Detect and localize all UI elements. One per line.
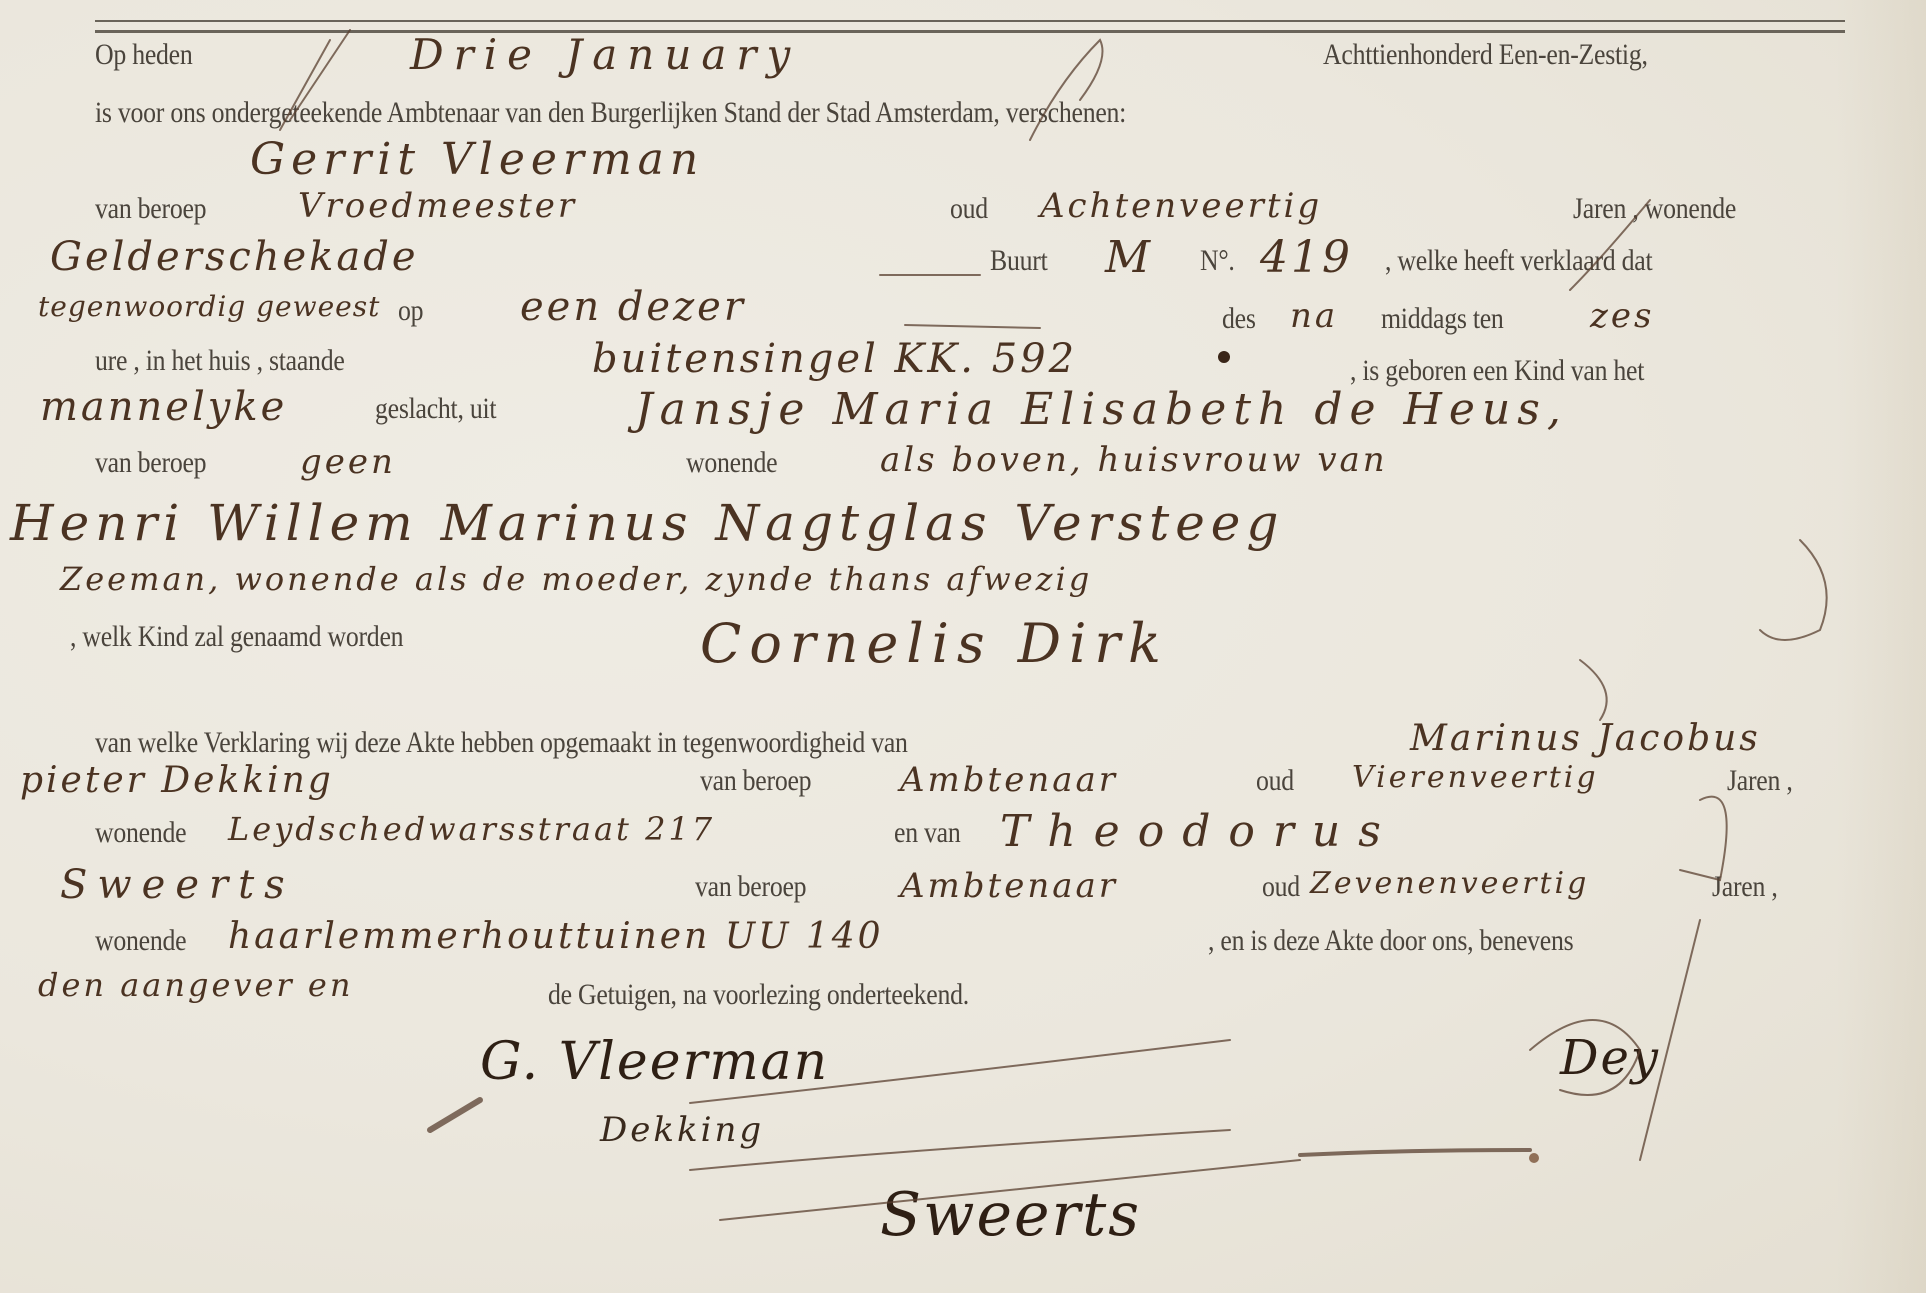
ink-flourishes bbox=[0, 0, 1926, 1293]
